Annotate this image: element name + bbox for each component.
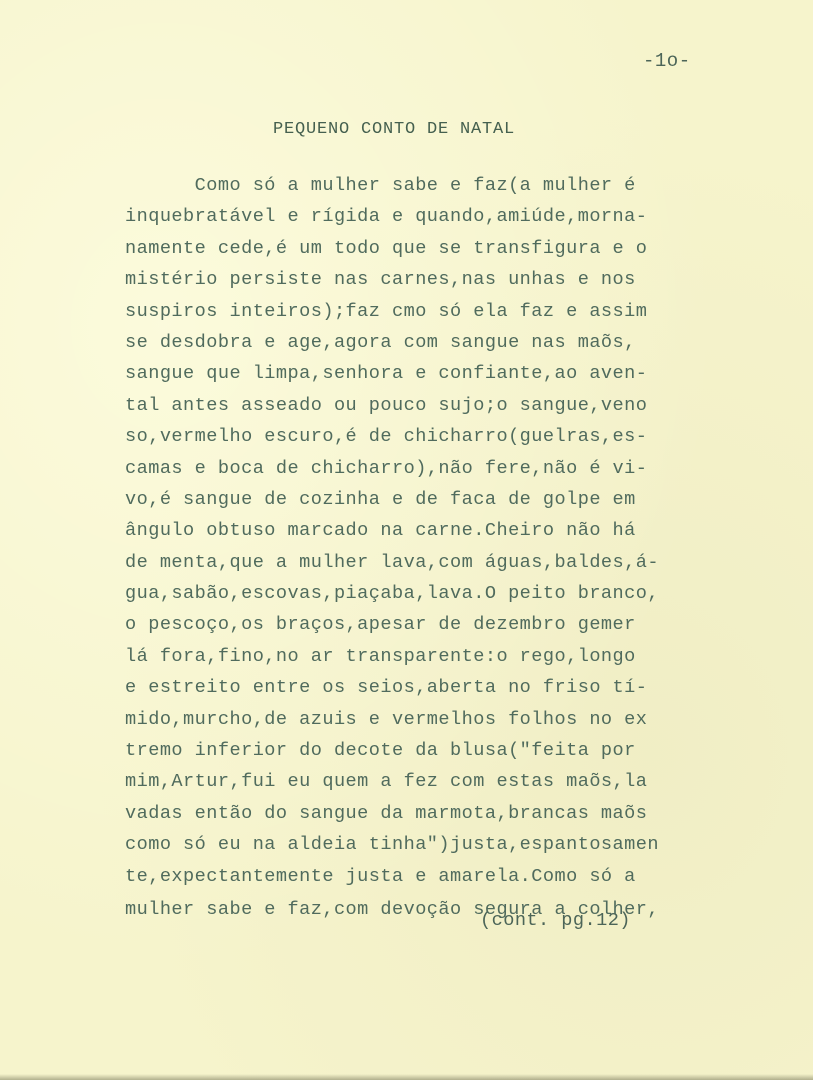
page-number: -1o- [643,50,691,72]
text-line: como só eu na aldeia tinha")justa,espant… [125,829,725,860]
text-line: suspiros inteiros);faz cmo só ela faz e … [125,296,725,327]
text-line: inquebratável e rígida e quando,amiúde,m… [125,201,725,232]
text-line: e estreito entre os seios,aberta no fris… [125,672,725,703]
text-line: tremo inferior do decote da blusa("feita… [125,735,725,766]
story-body: Como só a mulher sabe e faz(a mulher é i… [125,170,725,925]
text-line: mulher sabe e faz,com devoção segura a c… [125,894,725,925]
text-line: o pescoço,os braços,apesar de dezembro g… [125,609,725,640]
text-line: lá fora,fino,no ar transparente:o rego,l… [125,641,725,672]
page-title: PEQUENO CONTO DE NATAL [273,120,515,139]
text-line: Como só a mulher sabe e faz(a mulher é [125,170,725,201]
typewritten-page: -1o- PEQUENO CONTO DE NATAL Como só a mu… [0,0,813,1080]
text-line: mim,Artur,fui eu quem a fez com estas ma… [125,766,725,797]
text-line: sangue que limpa,senhora e confiante,ao … [125,358,725,389]
text-line: so,vermelho escuro,é de chicharro(guelra… [125,421,725,452]
continuation-note: (cont. pg.12) [480,910,631,931]
text-line: gua,sabão,escovas,piaçaba,lava.O peito b… [125,578,725,609]
text-line: ângulo obtuso marcado na carne.Cheiro nã… [125,515,725,546]
text-line: namente cede,é um todo que se transfigur… [125,233,725,264]
text-line: mido,murcho,de azuis e vermelhos folhos … [125,704,725,735]
text-line: tal antes asseado ou pouco sujo;o sangue… [125,390,725,421]
text-line: de menta,que a mulher lava,com águas,bal… [125,547,725,578]
text-line: vo,é sangue de cozinha e de faca de golp… [125,484,725,515]
text-line: mistério persiste nas carnes,nas unhas e… [125,264,725,295]
text-line: camas e boca de chicharro),não fere,não … [125,453,725,484]
text-line: vadas então do sangue da marmota,brancas… [125,798,725,829]
text-line: se desdobra e age,agora com sangue nas m… [125,327,725,358]
text-line: te,expectantemente justa e amarela.Como … [125,861,725,892]
